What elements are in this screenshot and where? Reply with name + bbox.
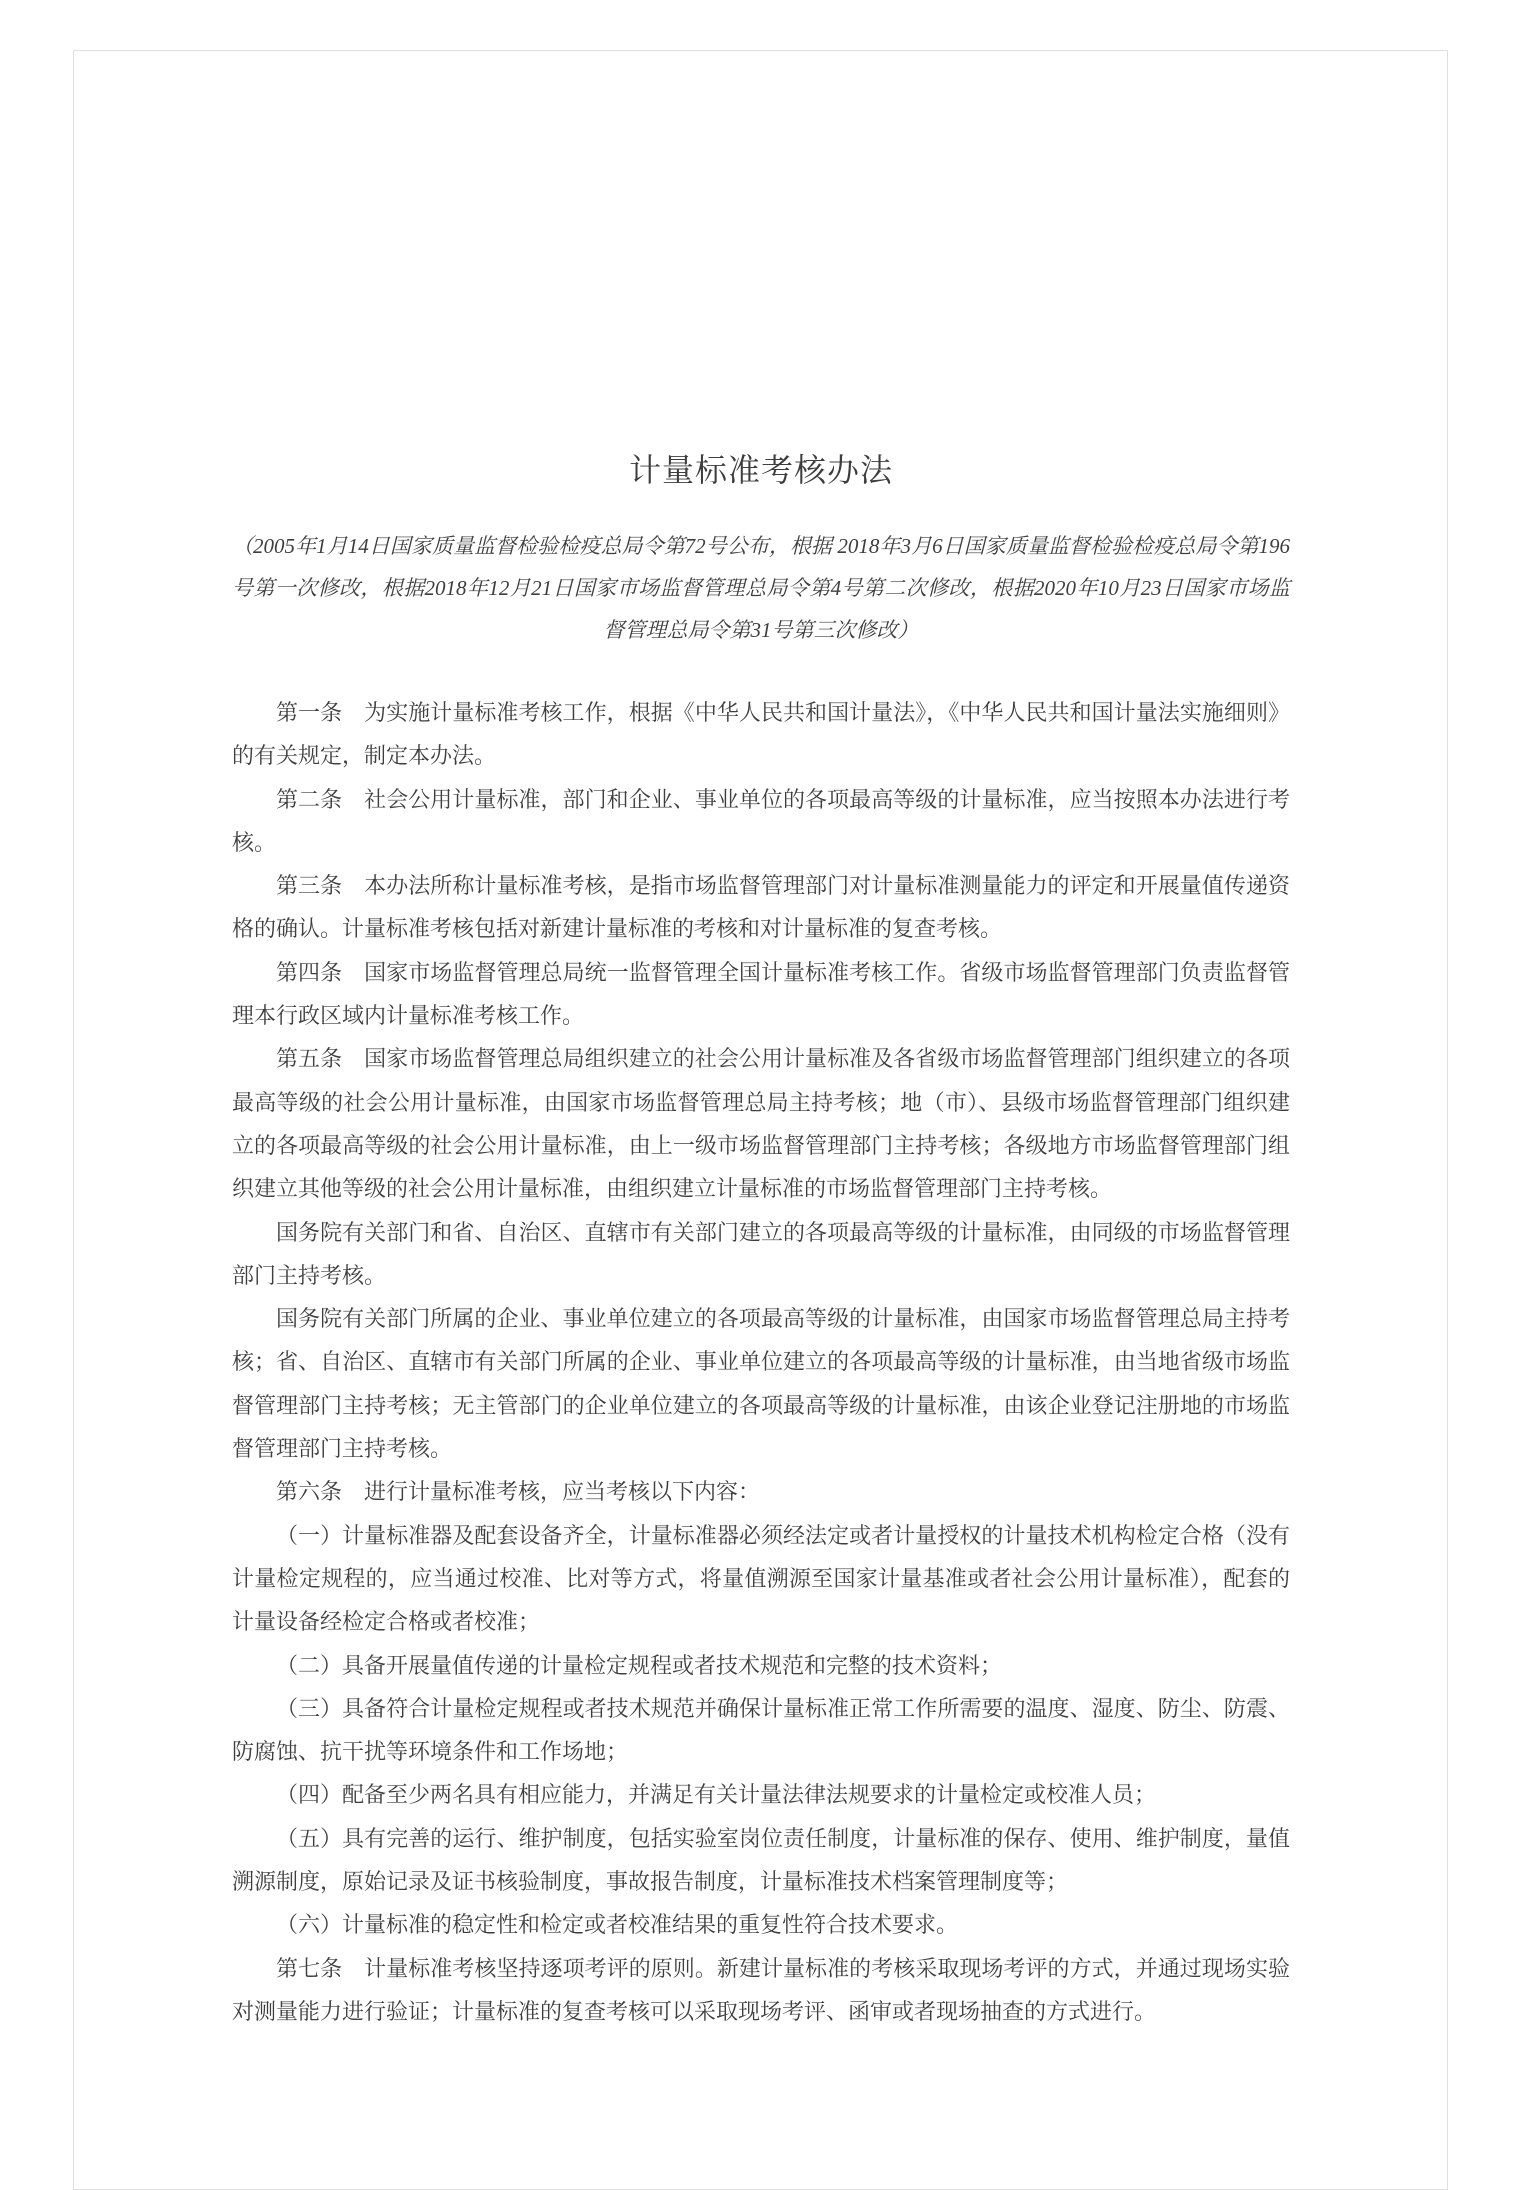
document-body: 第一条 为实施计量标准考核工作，根据《中华人民共和国计量法》，《中华人民共和国计… <box>232 691 1290 2033</box>
paragraph-article-6-item-6: （六）计量标准的稳定性和检定或者校准结果的重复性符合技术要求。 <box>232 1903 1290 1946</box>
paragraph-article-6-item-3: （三）具备符合计量检定规程或者技术规范并确保计量标准正常工作所需要的温度、湿度、… <box>232 1687 1290 1774</box>
paragraph-article-4: 第四条 国家市场监督管理总局统一监督管理全国计量标准考核工作。省级市场监督管理部… <box>232 951 1290 1038</box>
paragraph-article-6: 第六条 进行计量标准考核，应当考核以下内容： <box>232 1470 1290 1513</box>
document-title: 计量标准考核办法 <box>232 454 1290 486</box>
paragraph-article-5: 第五条 国家市场监督管理总局组织建立的社会公用计量标准及各省级市场监督管理部门组… <box>232 1037 1290 1210</box>
document-page: 计量标准考核办法 （2005年1月14日国家质量监督检验检疫总局令第72号公布，… <box>73 50 1448 2150</box>
paragraph-article-6-item-4: （四）配备至少两名具有相应能力，并满足有关计量法律法规要求的计量检定或校准人员； <box>232 1773 1290 1816</box>
paragraph-article-3: 第三条 本办法所称计量标准考核，是指市场监督管理部门对计量标准测量能力的评定和开… <box>232 864 1290 951</box>
paragraph-article-6-item-2: （二）具备开展量值传递的计量检定规程或者技术规范和完整的技术资料； <box>232 1644 1290 1687</box>
paragraph-article-1: 第一条 为实施计量标准考核工作，根据《中华人民共和国计量法》，《中华人民共和国计… <box>232 691 1290 778</box>
paragraph-article-2: 第二条 社会公用计量标准，部门和企业、事业单位的各项最高等级的计量标准，应当按照… <box>232 778 1290 865</box>
paragraph-article-6-item-1: （一）计量标准器及配套设备齐全，计量标准器必须经法定或者计量授权的计量技术机构检… <box>232 1514 1290 1644</box>
paragraph-article-5-cont-1: 国务院有关部门和省、自治区、直辖市有关部门建立的各项最高等级的计量标准，由同级的… <box>232 1211 1290 1298</box>
document-preamble: （2005年1月14日国家质量监督检验检疫总局令第72号公布，根据 2018年3… <box>232 525 1290 651</box>
paragraph-article-5-cont-2: 国务院有关部门所属的企业、事业单位建立的各项最高等级的计量标准，由国家市场监督管… <box>232 1297 1290 1470</box>
paragraph-article-7: 第七条 计量标准考核坚持逐项考评的原则。新建计量标准的考核采取现场考评的方式，并… <box>232 1947 1290 2034</box>
paragraph-article-6-item-5: （五）具有完善的运行、维护制度，包括实验室岗位责任制度，计量标准的保存、使用、维… <box>232 1817 1290 1904</box>
